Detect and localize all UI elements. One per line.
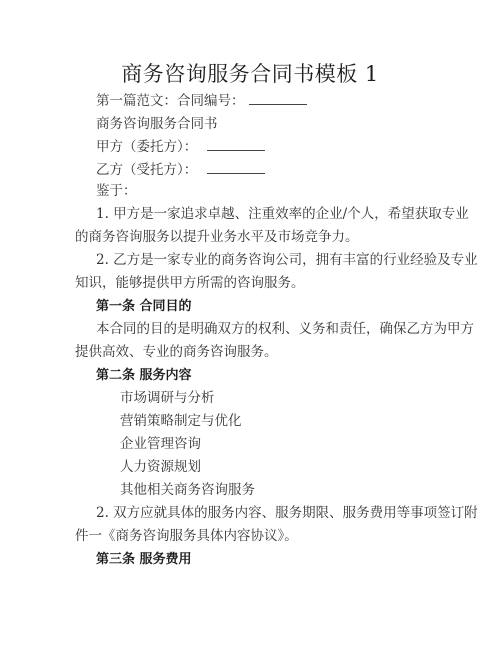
contract-name: 商务咨询服务合同书 (96, 113, 423, 136)
party-a-label: 甲方（委托方）： (96, 139, 197, 155)
contract-number-blank (249, 90, 307, 105)
service-item: 市场调研与分析 (120, 387, 468, 410)
service-item: 营销策略制定与优化 (120, 410, 468, 433)
article2-clause2-line2: 件一《商务咨询服务具体内容协议》。 (75, 525, 423, 548)
party-a-line: 甲方（委托方）： (96, 136, 423, 159)
document-title: 商务咨询服务合同书模板 1 (0, 60, 500, 88)
article1-heading: 第一条 合同目的 (96, 295, 423, 318)
whereas-label: 鉴于： (96, 180, 423, 203)
document-page: 商务咨询服务合同书模板 1 第一篇范文：合同编号： 商务咨询服务合同书 甲方（委… (0, 0, 500, 647)
whereas-item1-line2: 的商务咨询服务以提升业务水平及市场竞争力。 (75, 226, 423, 249)
service-item: 其他相关商务咨询服务 (120, 479, 468, 502)
whereas-item1-line1: 1. 甲方是一家追求卓越、注重效率的企业/个人，希望获取专业 (96, 203, 423, 226)
service-item: 企业管理咨询 (120, 433, 468, 456)
article1-line1: 本合同的目的是明确双方的权利、义务和责任，确保乙方为甲方 (96, 318, 423, 341)
contract-number-label: 第一篇范文：合同编号： (96, 93, 245, 109)
whereas-item2-line1: 2. 乙方是一家专业的商务咨询公司，拥有丰富的行业经验及专业 (96, 249, 423, 272)
article2-clause2-line1: 2. 双方应就具体的服务内容、服务期限、服务费用等事项签订附 (96, 502, 423, 525)
service-item: 人力资源规划 (120, 456, 468, 479)
article1-line2: 提供高效、专业的商务咨询服务。 (75, 341, 423, 364)
party-b-blank (207, 159, 265, 174)
party-a-blank (207, 136, 265, 151)
contract-number-line: 第一篇范文：合同编号： (96, 90, 423, 113)
whereas-item2-line2: 知识，能够提供甲方所需的咨询服务。 (75, 272, 423, 295)
article3-heading: 第三条 服务费用 (96, 548, 423, 571)
article2-heading: 第二条 服务内容 (96, 364, 423, 387)
party-b-label: 乙方（受托方）： (96, 162, 197, 178)
party-b-line: 乙方（受托方）： (96, 159, 423, 182)
